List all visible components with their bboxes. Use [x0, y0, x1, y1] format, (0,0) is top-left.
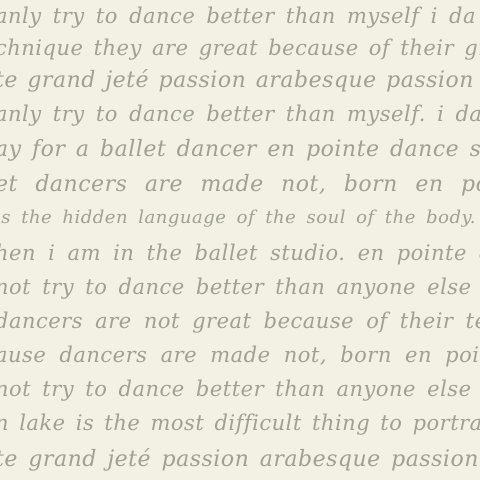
wallpaper-swatch: anly try to dance better than myself i d…: [0, 0, 480, 480]
handwriting-line: ause dancers are made not, born en poin: [0, 345, 480, 366]
handwriting-line: n lake is the most difficult thing to po…: [0, 413, 480, 434]
handwriting-line: anly try to dance better than myself i d…: [0, 6, 476, 27]
handwriting-line: dancers are not great because of their t…: [0, 311, 480, 332]
handwriting-line: anly try to dance better than myself. i …: [0, 104, 480, 125]
handwriting-line: not try to dance better than anyone else…: [0, 277, 480, 298]
handwriting-line: te grand jeté passion arabesque passion …: [0, 449, 480, 471]
handwriting-line: chnique they are great because of their …: [0, 38, 480, 59]
handwriting-line: et dancers are made not, born en poin: [0, 174, 480, 196]
handwriting-line: ay for a ballet dancer en pointe dance s…: [0, 139, 480, 161]
handwriting-line: not try to dance better than anyone else…: [0, 379, 480, 400]
handwriting-line: is the hidden language of the soul of th…: [0, 209, 480, 227]
handwriting-line: te grand jeté passion arabesque passion …: [0, 70, 480, 92]
handwriting-line: hen i am in the ballet studio. en pointe…: [0, 243, 480, 264]
